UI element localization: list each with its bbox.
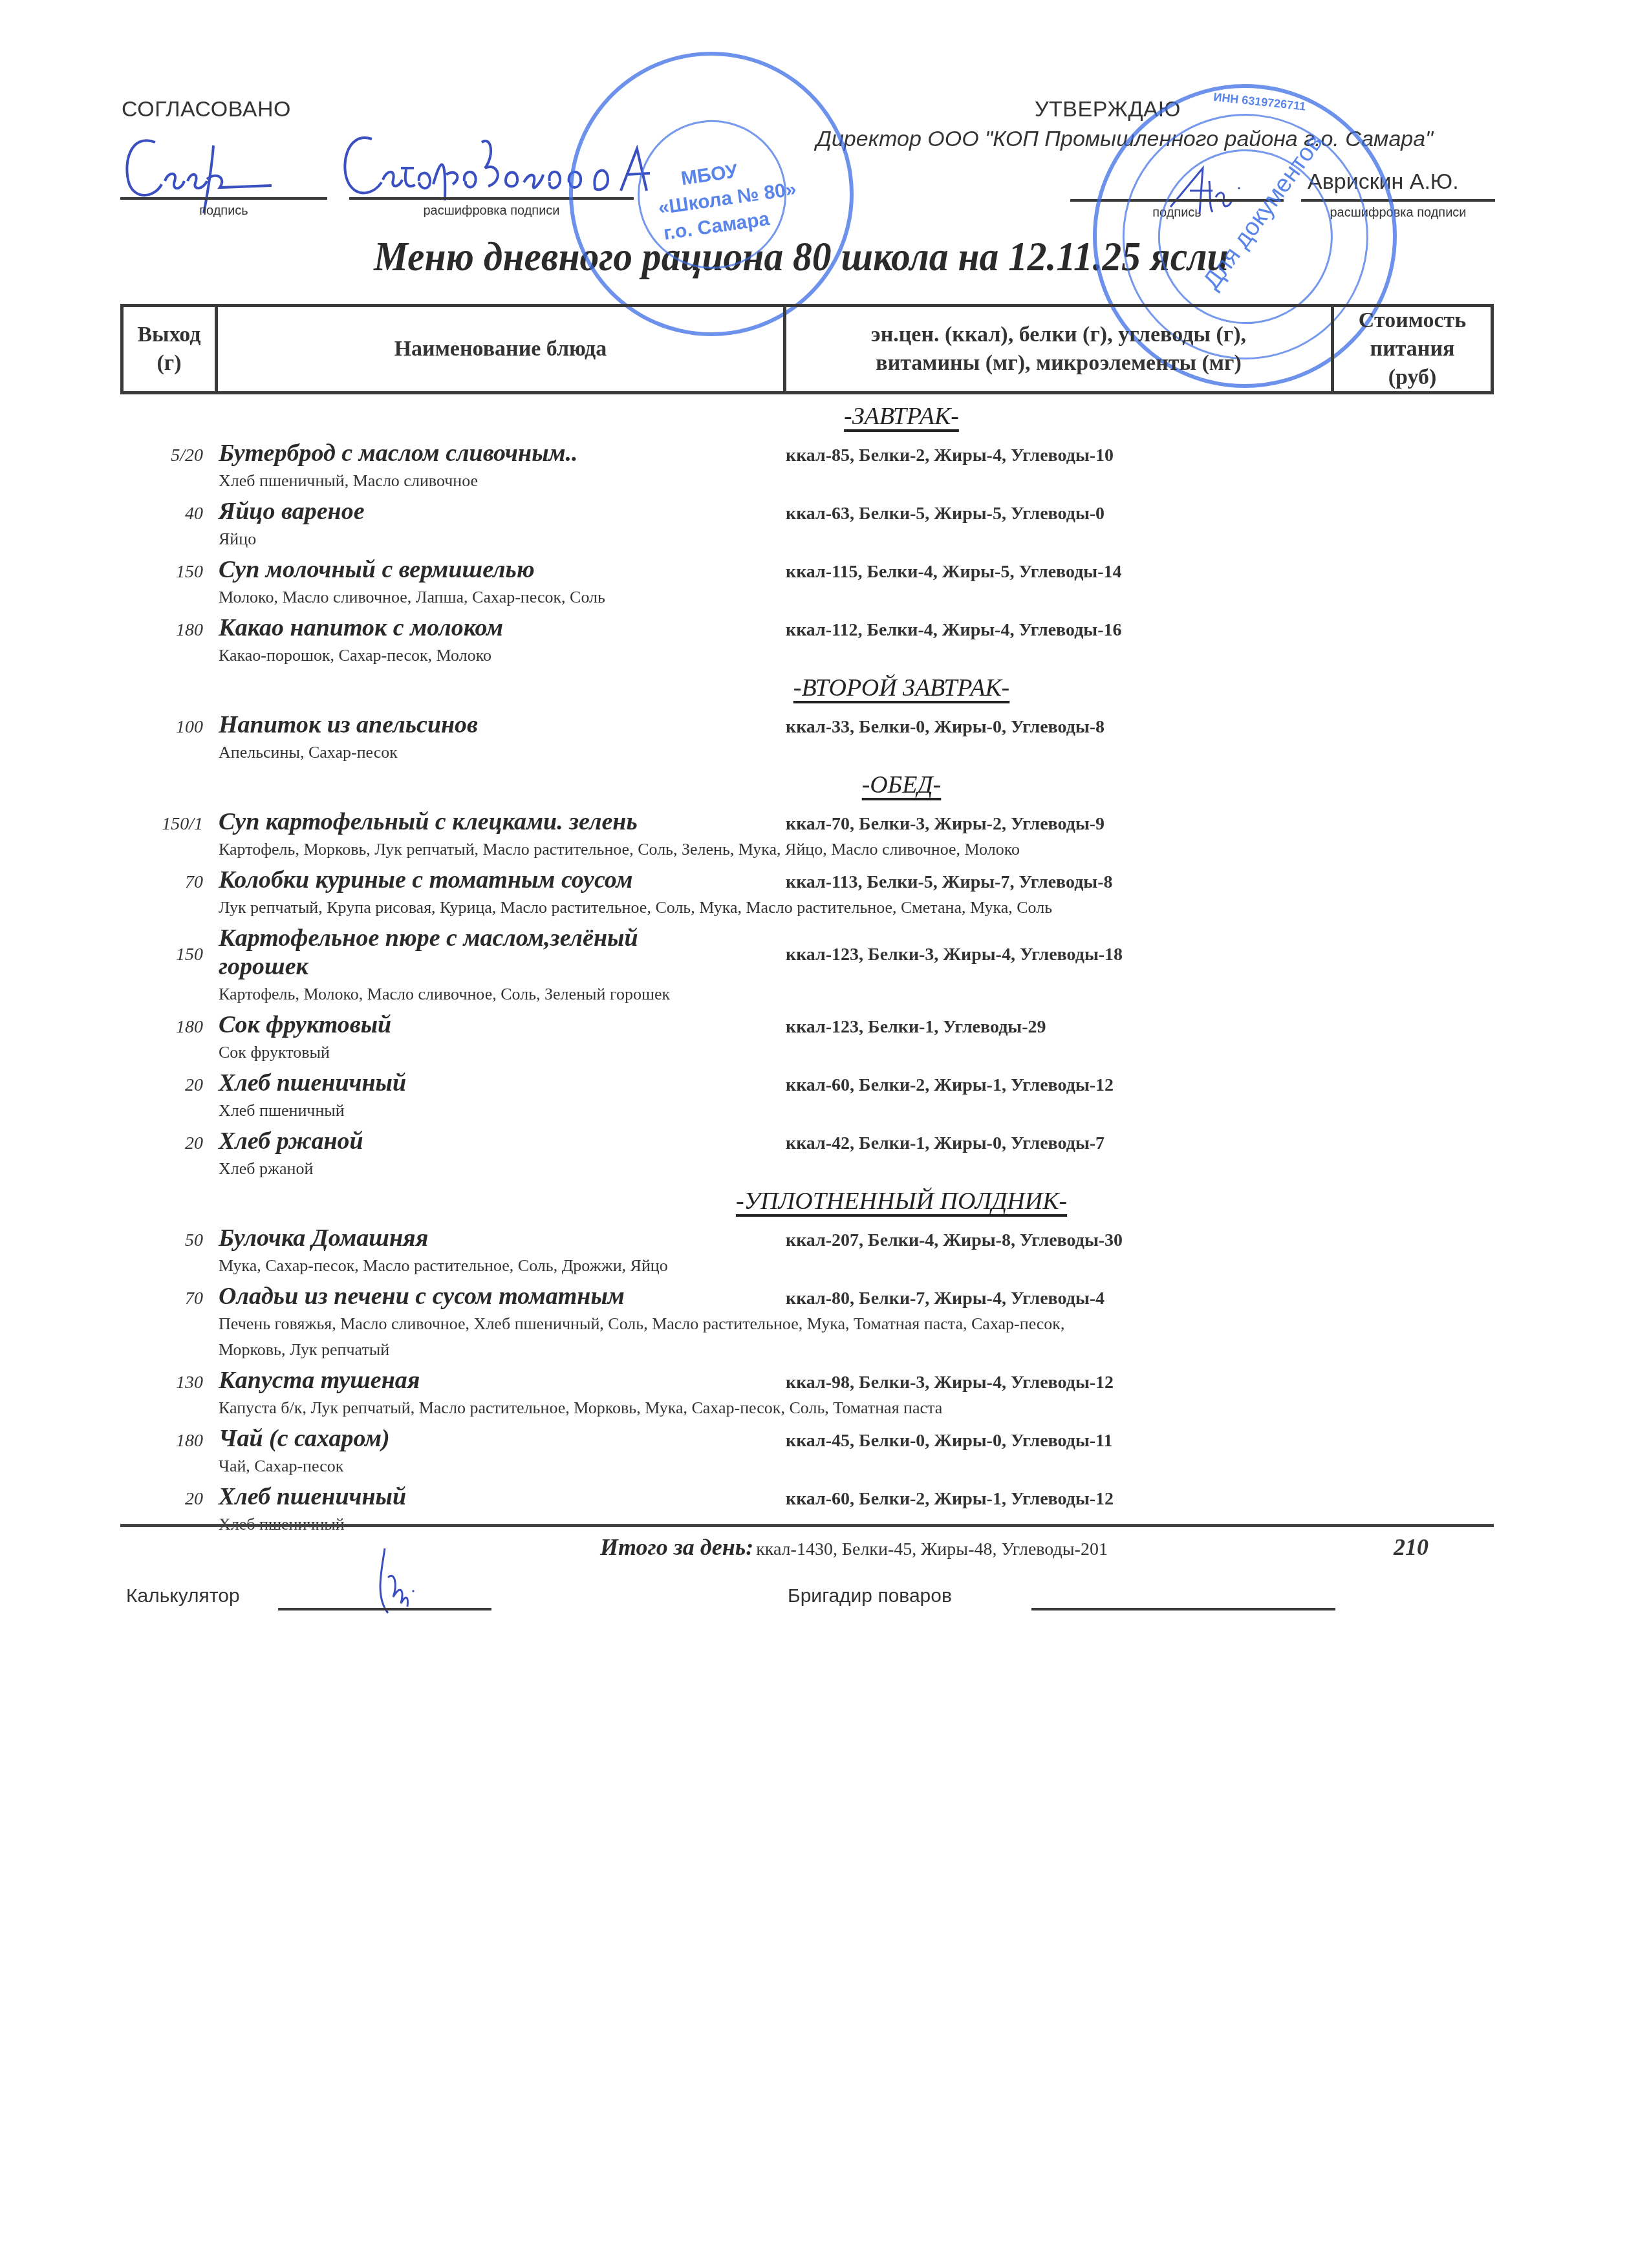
output-weight: 180 xyxy=(132,1017,203,1038)
dish-nutrition: ккал-63, Белки-5, Жиры-5, Углеводы-0 xyxy=(786,504,1105,524)
dish-name: Капуста тушеная xyxy=(219,1367,420,1394)
left-signature-graphic xyxy=(116,126,336,217)
dish-nutrition: ккал-123, Белки-3, Жиры-4, Углеводы-18 xyxy=(786,945,1123,965)
dish-name: Оладьи из печени с сусом томатным xyxy=(219,1283,625,1310)
output-weight: 150/1 xyxy=(132,814,203,835)
output-weight: 70 xyxy=(132,1289,203,1309)
dish-ingredients: Хлеб пшеничный, Масло сливочное xyxy=(219,468,478,494)
dish-ingredients: Печень говяжья, Масло сливочное, Хлеб пш… xyxy=(219,1311,1065,1337)
dish-name: Хлеб ржаной xyxy=(219,1128,363,1155)
col-output-header: Выход (г) xyxy=(124,307,215,391)
dish-ingredients: Хлеб пшеничный xyxy=(219,1098,345,1124)
output-weight: 20 xyxy=(132,1489,203,1510)
section-title: -ОБЕД- xyxy=(862,771,942,799)
output-weight: 150 xyxy=(132,562,203,583)
dish-ingredients: Сок фруктовый xyxy=(219,1040,330,1065)
calculator-signature-graphic xyxy=(369,1545,440,1623)
approved-label: СОГЛАСОВАНО xyxy=(122,97,291,122)
calculator-label: Калькулятор xyxy=(126,1585,240,1607)
dish-ingredients: Апельсины, Сахар-песок xyxy=(219,740,398,765)
dish-name: Хлеб пшеничный xyxy=(219,1069,406,1097)
dish-name: Суп картофельный с клецками. зелень xyxy=(219,808,638,835)
dish-name: Напиток из апельсинов xyxy=(219,711,478,738)
dish-name: Чай (с сахаром) xyxy=(219,1425,390,1452)
dish-name: Какао напиток с молоком xyxy=(219,614,503,641)
dish-nutrition: ккал-33, Белки-0, Жиры-0, Углеводы-8 xyxy=(786,717,1105,738)
dish-ingredients: Морковь, Лук репчатый xyxy=(219,1337,389,1363)
dish-ingredients: Картофель, Молоко, Масло сливочное, Соль… xyxy=(219,981,670,1007)
dish-ingredients: Яйцо xyxy=(219,526,256,552)
dish-name: Сок фруктовый xyxy=(219,1011,391,1038)
left-signature-line xyxy=(120,197,327,200)
daily-total: Итого за день: ккал-1430, Белки-45, Жиры… xyxy=(600,1534,1108,1561)
dish-ingredients: Какао-порошок, Сахар-песок, Молоко xyxy=(219,643,491,669)
dish-name: Бутерброд с маслом сливочным.. xyxy=(219,440,578,467)
total-nutrition: ккал-1430, Белки-45, Жиры-48, Углеводы-2… xyxy=(756,1539,1108,1559)
dish-name: Колобки куриные с томатным соусом xyxy=(219,866,632,893)
dish-name: Яйцо вареное xyxy=(219,498,365,525)
dish-nutrition: ккал-85, Белки-2, Жиры-4, Углеводы-10 xyxy=(786,445,1114,466)
dish-name: Хлеб пшеничный xyxy=(219,1483,406,1510)
dish-ingredients: Хлеб ржаной xyxy=(219,1156,313,1182)
dish-nutrition: ккал-60, Белки-2, Жиры-1, Углеводы-12 xyxy=(786,1489,1114,1510)
dish-name: Булочка Домашняя xyxy=(219,1225,428,1252)
dish-nutrition: ккал-123, Белки-1, Углеводы-29 xyxy=(786,1017,1046,1038)
calculator-signature-line xyxy=(278,1608,491,1610)
section-title: -ВТОРОЙ ЗАВТРАК- xyxy=(793,674,1010,702)
left-signature-caption: подпись xyxy=(120,204,327,219)
dish-nutrition: ккал-70, Белки-3, Жиры-2, Углеводы-9 xyxy=(786,814,1105,835)
output-weight: 180 xyxy=(132,1431,203,1451)
dish-ingredients: Мука, Сахар-песок, Масло растительное, С… xyxy=(219,1253,668,1279)
dish-ingredients: Картофель, Морковь, Лук репчатый, Масло … xyxy=(219,837,1020,862)
output-weight: 100 xyxy=(132,717,203,738)
output-weight: 50 xyxy=(132,1230,203,1251)
total-label: Итого за день: xyxy=(600,1534,753,1560)
chef-label: Бригадир поваров xyxy=(788,1585,952,1607)
dish-nutrition: ккал-45, Белки-0, Жиры-0, Углеводы-11 xyxy=(786,1431,1113,1451)
output-weight: 40 xyxy=(132,504,203,524)
dish-nutrition: ккал-98, Белки-3, Жиры-4, Углеводы-12 xyxy=(786,1373,1114,1393)
col-nutrition-header: эн.цен. (ккал), белки (г), углеводы (г),… xyxy=(786,307,1331,391)
dish-nutrition: ккал-60, Белки-2, Жиры-1, Углеводы-12 xyxy=(786,1075,1114,1096)
dish-nutrition: ккал-42, Белки-1, Жиры-0, Углеводы-7 xyxy=(786,1133,1105,1154)
dish-name: Суп молочный с вермишелью xyxy=(219,556,535,583)
output-weight: 5/20 xyxy=(132,445,203,466)
table-header: Выход (г) Наименование блюда эн.цен. (кк… xyxy=(120,304,1494,394)
dish-nutrition: ккал-80, Белки-7, Жиры-4, Углеводы-4 xyxy=(786,1289,1105,1309)
section-title: -ЗАВТРАК- xyxy=(844,402,959,431)
table-bottom-rule xyxy=(120,1524,1494,1527)
output-weight: 70 xyxy=(132,872,203,893)
dish-name: Картофельное пюре с маслом,зелёный xyxy=(219,925,638,952)
dish-nutrition: ккал-207, Белки-4, Жиры-8, Углеводы-30 xyxy=(786,1230,1123,1251)
dish-nutrition: ккал-115, Белки-4, Жиры-5, Углеводы-14 xyxy=(786,562,1122,583)
dish-ingredients: Капуста б/к, Лук репчатый, Масло растите… xyxy=(219,1395,942,1421)
dish-ingredients: Чай, Сахар-песок xyxy=(219,1453,343,1479)
output-weight: 130 xyxy=(132,1373,203,1393)
total-cost: 210 xyxy=(1394,1534,1428,1561)
dish-name: горошек xyxy=(219,953,308,980)
output-weight: 150 xyxy=(132,945,203,965)
dish-nutrition: ккал-112, Белки-4, Жиры-4, Углеводы-16 xyxy=(786,620,1122,641)
output-weight: 180 xyxy=(132,620,203,641)
dish-ingredients: Лук репчатый, Крупа рисовая, Курица, Мас… xyxy=(219,895,1052,921)
chef-signature-line xyxy=(1031,1608,1335,1610)
col-name-header: Наименование блюда xyxy=(218,307,783,391)
dish-ingredients: Молоко, Масло сливочное, Лапша, Сахар-пе… xyxy=(219,584,605,610)
stamp-inn: ИНН 6319726711 xyxy=(1201,89,1318,115)
section-title: -УПЛОТНЕННЫЙ ПОЛДНИК- xyxy=(736,1187,1067,1215)
dish-nutrition: ккал-113, Белки-5, Жиры-7, Углеводы-8 xyxy=(786,872,1113,893)
col-cost-header: Стоимость питания (руб) xyxy=(1334,307,1491,391)
output-weight: 20 xyxy=(132,1075,203,1096)
output-weight: 20 xyxy=(132,1133,203,1154)
